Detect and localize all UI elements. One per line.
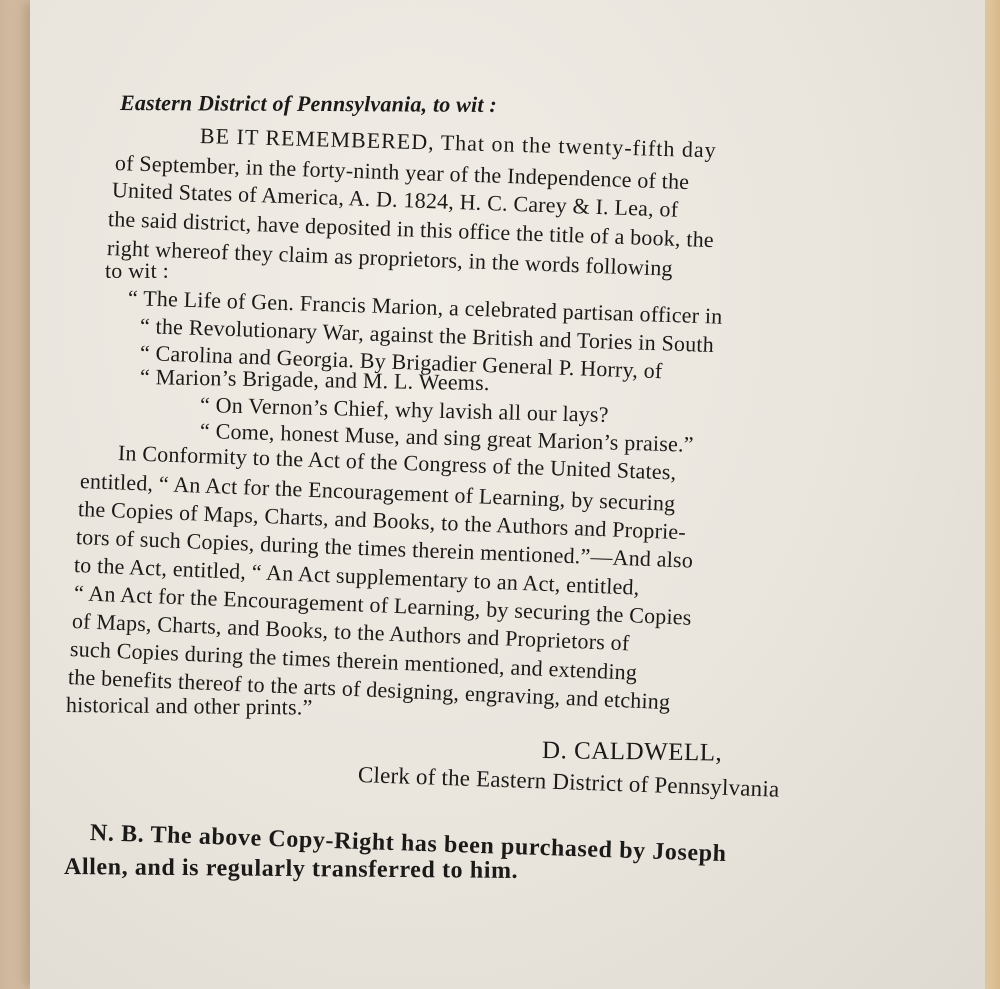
note-line: Allen, and is regularly transferred to h… bbox=[64, 854, 518, 884]
paragraph-line: to wit : bbox=[105, 258, 169, 284]
signature-title: Clerk of the Eastern District of Pennsyl… bbox=[358, 762, 780, 803]
signature-name: D. CALDWELL, bbox=[542, 738, 723, 767]
book-title-line: “ Marion’s Brigade, and M. L. Weems. bbox=[140, 364, 490, 396]
paragraph-line: historical and other prints.” bbox=[66, 692, 313, 721]
district-heading: Eastern District of Pennsylvania, to wit… bbox=[120, 90, 497, 118]
copyright-notice: Eastern District of Pennsylvania, to wit… bbox=[0, 0, 1000, 989]
